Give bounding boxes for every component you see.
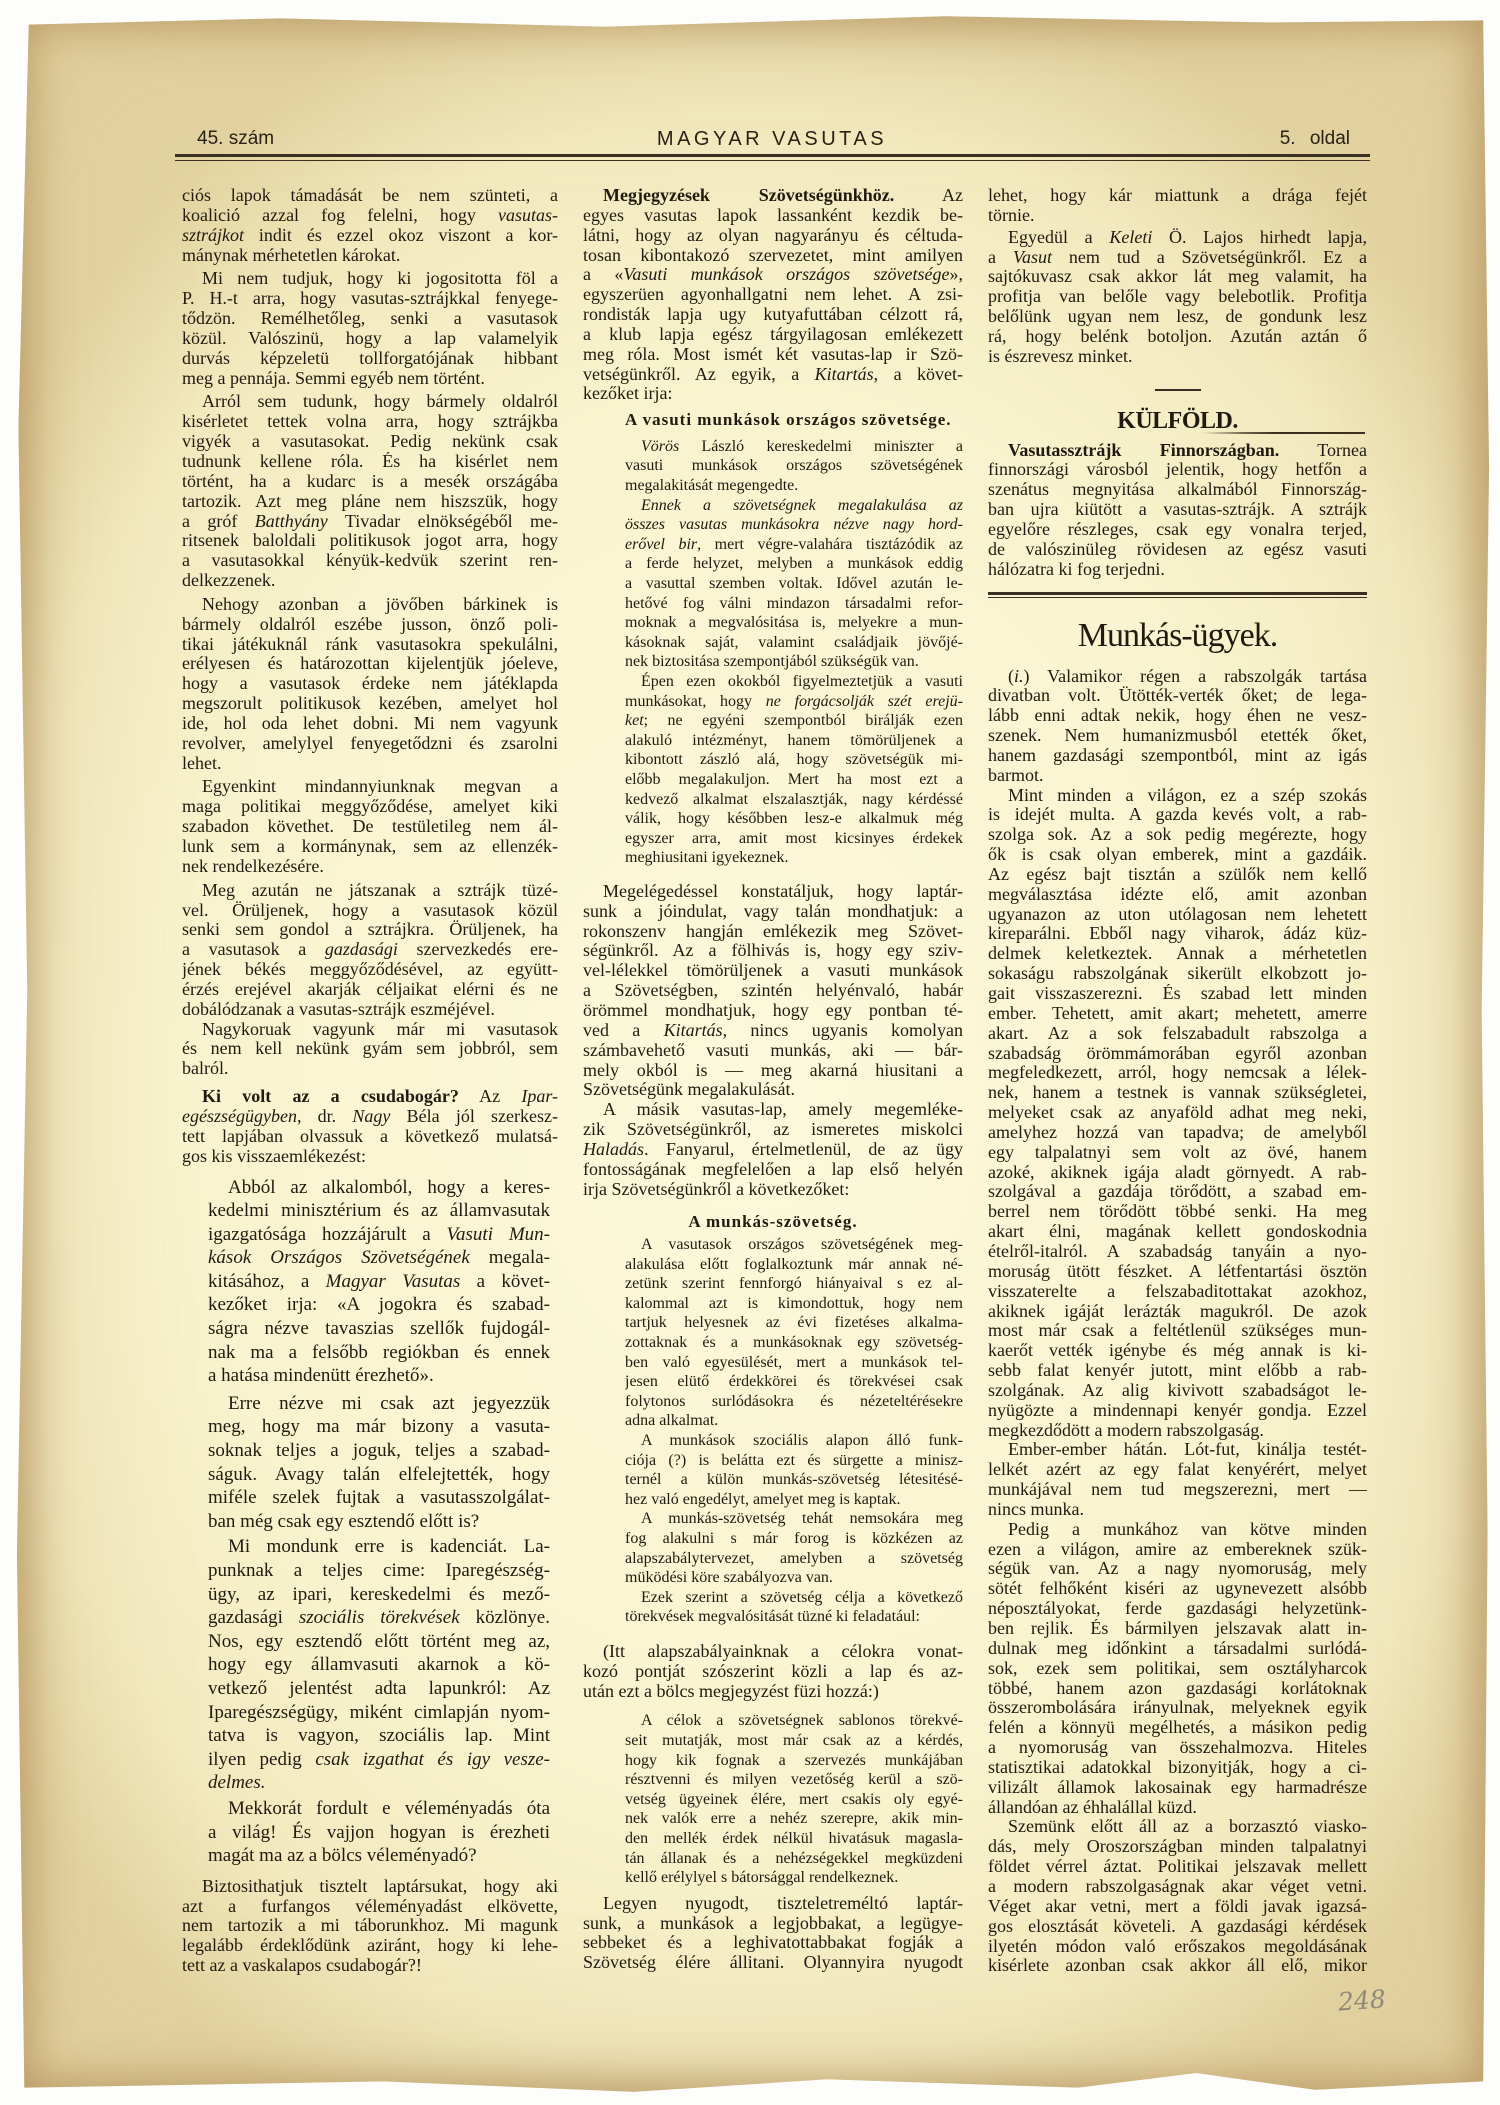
text-line: adna alkalmat. <box>625 1411 963 1431</box>
text-line: ritsenek baloldali politikusok jogot arr… <box>182 531 558 551</box>
text-line: kaerőt vették igénybe és még annak is ki… <box>988 1341 1367 1361</box>
text-line: a vasutasok a gazdasági szervezkedés ere… <box>182 940 558 960</box>
text-line: ők is csak olyan emberek, mint a gazdáik… <box>988 845 1367 865</box>
text-line: lehet. <box>182 754 558 774</box>
text-line: Ki volt az a csudabogár? Az Ipar- <box>182 1087 558 1107</box>
text-line: ket; ne egyéni szempontból birálják ezen <box>625 711 963 731</box>
text-line: most már csak a feltétlenül szükséges mu… <box>988 1321 1367 1341</box>
italic-run: Vörös <box>641 438 679 455</box>
text-line: barmot. <box>988 766 1367 786</box>
article-paragraph: Nehogy azonban a jövőben bárkinek isbárm… <box>182 595 558 774</box>
text-run: a követ- <box>460 1271 550 1292</box>
page-number: 5. oldal <box>1280 127 1350 151</box>
text-line: gazdasági szociális törekvések közlönye. <box>208 1606 550 1630</box>
text-line: sebbeket és a leghivatottabbakat fogják … <box>583 1933 963 1953</box>
text-line: Arról sem tudunk, hogy bármely oldalról <box>182 392 558 412</box>
article-paragraph: Megjegyzések Szövetségünkhöz. Azegyes va… <box>583 186 963 404</box>
bold-lead-in: Ki volt az a csudabogár? <box>202 1087 459 1106</box>
italic-run: Ipar- <box>521 1087 558 1106</box>
text-line: a gróf Batthyány Tivadar elnökségéből me… <box>182 512 558 532</box>
text-line: tosan kibontakozó szervezetet, mint amil… <box>583 246 963 266</box>
text-line: egy talpalatnyi sem volt az övé, hanem <box>988 1143 1367 1163</box>
text-line: moknak a megvalósitása is, melyekre a mu… <box>625 613 963 633</box>
text-line: jesen elütő érdekkörei és törekvései csa… <box>625 1372 963 1392</box>
text-line: kellő erélylyel s bátorsággal rendelkezn… <box>625 1868 963 1888</box>
text-run: Tornea <box>1279 441 1367 460</box>
text-line: vasuti munkások országos szövetségének <box>625 456 963 476</box>
quoted-excerpt-paragraph: Ezek szerint a szövetség célja a követke… <box>583 1588 963 1627</box>
text-run: ; ne egyéni szempontból birálják ezen <box>644 712 963 729</box>
column-right: lehet, hogy kár miattunk a drága fejéttö… <box>988 186 1367 1976</box>
text-line: meg a pennája. Semmi egyéb nem történt. <box>182 369 558 389</box>
text-run: Egyedül a <box>1008 228 1109 247</box>
text-run: », <box>950 265 964 284</box>
text-line: delmek keletkeztek. Annak a mérhetetlen <box>988 944 1367 964</box>
text-line: ilyen pedig csak izgathat és igy vesze- <box>208 1748 550 1772</box>
text-line: ügy, az ipari, kereskedelmi és mező- <box>208 1583 550 1607</box>
text-line: seit mutatják, most már csak az a kérdés… <box>625 1731 963 1751</box>
text-line: nem tartozik a mi táborunkhoz. Mi magunk <box>182 1916 558 1936</box>
text-line: Egyenkint mindannyiunknak megvan a <box>182 777 558 797</box>
italic-run: Batthyány <box>255 512 328 531</box>
text-line: egyes vasutas lapok lassanként kezdik be… <box>583 206 963 226</box>
text-line: alakuló intézményt, hanem tömörüljenek a <box>625 731 963 751</box>
article-paragraph: Ki volt az a csudabogár? Az Ipar-egészsé… <box>182 1087 558 1166</box>
text-line: balról. <box>182 1059 558 1079</box>
text-line: tett az a vaskalapos csudabogár?! <box>182 1956 558 1976</box>
block-quote-paragraph: Mekkorát fordult e véleményadás ótaa vil… <box>182 1797 558 1868</box>
text-line: lelkét azért az egy falat kenyérért, mel… <box>988 1460 1367 1480</box>
text-line: miféle szelek fujtak a vasutasszolgálat- <box>208 1486 550 1510</box>
text-line: ciója (?) is belátta ezt és sürgette a m… <box>625 1451 963 1471</box>
text-line: visszaterelte a felszabaditottakat azokh… <box>988 1282 1367 1302</box>
text-line: a világ! És vajjon hogyan is érezheti <box>208 1821 550 1845</box>
text-line: P. H.-t arra, hogy vasutas-sztrájkkal fe… <box>182 289 558 309</box>
text-line: erővel bir, mert végre-valahára tisztázó… <box>625 535 963 555</box>
article-paragraph: (Itt alapszabályainknak a célokra vonat-… <box>583 1642 963 1702</box>
text-run: , mert végre-valahára tisztázódik az <box>697 536 963 553</box>
italic-run: Ennek a szövetségnek megalakulása az <box>641 497 963 514</box>
text-line: szenátus megnyitása alkalmából Finnorszá… <box>988 480 1367 500</box>
text-line: mánynak mérhetetlen károkat. <box>182 246 558 266</box>
article-paragraph: ciós lapok támadását be nem szünteti, ak… <box>182 186 558 265</box>
article-paragraph: Megelégedéssel konstatáljuk, hogy laptár… <box>583 882 963 1100</box>
text-line: müködési köre szabályozva van. <box>625 1568 963 1588</box>
text-line: dobálódzanak a vasutas-sztrájk eszméjéve… <box>182 1000 558 1020</box>
text-line: nek valók erre a nehéz szerepre, akik mi… <box>625 1809 963 1829</box>
text-run: a gróf <box>182 512 255 531</box>
text-line: delmes. <box>208 1771 550 1795</box>
text-line: nyügözte a mindennapi kenyér gondja. Ezz… <box>988 1401 1367 1421</box>
text-line: hogy a vasutasok érdeke nem játéklapda <box>182 674 558 694</box>
article-paragraph: Arról sem tudunk, hogy bármely oldalrólk… <box>182 392 558 590</box>
text-line: meg, hogy ma már bizony a vasuta- <box>208 1415 550 1439</box>
text-line: belőlünk ugyan nem lesz, de gondunk lesz <box>988 307 1367 327</box>
text-line: munkásokat, hogy ne forgácsolják szét er… <box>625 692 963 712</box>
article-paragraph: Vasutassztrájk Finnországban. Torneafinn… <box>988 441 1367 580</box>
italic-run: Vasut <box>1013 248 1052 267</box>
text-line: a modern rabszolgaságnak akar véget vetn… <box>988 1877 1367 1897</box>
text-run: ilyen pedig <box>208 1749 315 1770</box>
text-run: , nincs ugyanis komolyan <box>723 1021 963 1040</box>
text-line: lább enni adtak nekik, hogy éhen ne vesz… <box>988 706 1367 726</box>
article-paragraph: A másik vasutas-lap, amely megemléke-zik… <box>583 1100 963 1199</box>
article-paragraph: Pedig a munkához van kötve mindenezen a … <box>988 1520 1367 1818</box>
text-line: hálózatra ki fog terjedni. <box>988 560 1367 580</box>
text-line: punknak a teljes cime: Iparegészség- <box>208 1559 550 1583</box>
text-line: kireparálni. Ebből nagy viharok, ádáz kü… <box>988 924 1367 944</box>
text-line: A vasutasok országos szövetségének meg- <box>625 1235 963 1255</box>
text-line: összerombolására irányulnak, melyeknek e… <box>988 1698 1367 1718</box>
excerpt-heading: A vasuti munkások országos szövetsége. <box>583 410 963 430</box>
text-line: zik Szövetségünkről, az ismeretes miskol… <box>583 1120 963 1140</box>
text-line: Megjegyzések Szövetségünkhöz. Az <box>583 186 963 206</box>
text-line: nincs munka. <box>988 1500 1367 1520</box>
text-line: tartjuk helyesnek az évi fizetéses alkal… <box>625 1313 963 1333</box>
text-line: sunk a jóindulat, vagy talán mondhatjuk:… <box>583 902 963 922</box>
text-line: Ember-ember hátán. Lót-fut, kinálja test… <box>988 1440 1367 1460</box>
text-line: Ezek szerint a szövetség célja a követke… <box>625 1588 963 1608</box>
italic-run: Keleti <box>1109 228 1152 247</box>
text-line: Szemünk előtt áll az a borzasztó viasko- <box>988 1817 1367 1837</box>
bold-lead-in: Megjegyzések Szövetségünkhöz. <box>603 186 894 205</box>
text-line: ben rejlik. És bármilyen jelszavak alatt… <box>988 1619 1367 1639</box>
text-line: Legyen nyugodt, tiszteletreméltó laptár- <box>583 1894 963 1914</box>
article-paragraph: Nagykoruak vagyunk már mi vasutasokés ne… <box>182 1020 558 1080</box>
text-run: nem tud a Szövetségünkről. Ez a <box>1052 248 1367 267</box>
text-line: tudnunk kellene róla. És ha kisérlet nem <box>182 452 558 472</box>
text-line: örömmel mondhatjuk, hogy egy pontban té- <box>583 1001 963 1021</box>
italic-run: szociális törekvések <box>299 1607 460 1628</box>
italic-run: kások Országos Szövetségének <box>208 1247 470 1268</box>
italic-run: vasutas- <box>498 206 558 225</box>
text-line: Haladás. Fanyarul, értelmetlenül, de az … <box>583 1140 963 1160</box>
text-line: sztrájkot indit és ezzel okoz viszont a … <box>182 226 558 246</box>
text-line: den mellék érdek nélkül hivatásuk magasl… <box>625 1829 963 1849</box>
text-line: Vasutassztrájk Finnországban. Tornea <box>988 441 1367 461</box>
text-line: magát ma az a bölcs véleményadó? <box>208 1844 550 1868</box>
article-paragraph: Biztosithatjuk tisztelt laptársukat, hog… <box>182 1877 558 1976</box>
bold-lead-in: Vasutassztrájk Finnországban. <box>1008 441 1279 460</box>
text-run: a vasutasok a <box>182 940 325 959</box>
text-line: ternél a külön munkás-szövetség létesité… <box>625 1470 963 1490</box>
text-line: nek rendelkezésére. <box>182 857 558 877</box>
article-paragraph: Legyen nyugodt, tiszteletreméltó laptár-… <box>583 1894 963 1973</box>
italic-run: egészségügyben <box>182 1107 297 1126</box>
quoted-excerpt-paragraph: Ennek a szövetségnek megalakulása azössz… <box>583 496 963 672</box>
text-line: legalább érdeklődünk aziránt, hogy ki le… <box>182 1936 558 1956</box>
text-line: gos elosztását követeli. A gazdasági kér… <box>988 1917 1367 1937</box>
text-line: kedelmi minisztérium és az államvasutak <box>208 1199 550 1223</box>
text-run: László kereskedelmi miniszter a <box>679 438 963 455</box>
text-line: tán állanak és a nehézségekkel megküzden… <box>625 1849 963 1869</box>
text-line: tartozik. Azt meg pláne nem hiszszük, ho… <box>182 492 558 512</box>
text-line: rondisták lapja ugy kutyafuttában célzot… <box>583 305 963 325</box>
text-line: delkezzenek. <box>182 571 558 591</box>
text-run: ved a <box>583 1021 664 1040</box>
text-line: ciós lapok támadását be nem szünteti, a <box>182 186 558 206</box>
italic-run: sztrájkot <box>182 226 244 245</box>
text-line: is észrevesz minket. <box>988 347 1367 367</box>
text-line: Biztosithatjuk tisztelt laptársukat, hog… <box>182 1877 558 1897</box>
text-run: munkásokat, hogy <box>625 693 766 710</box>
text-line: hanem gazdasági szempontból, mint az igá… <box>988 746 1367 766</box>
text-run: gazdasági <box>208 1607 299 1628</box>
text-line: közül. Valószinü, hogy a lap valamelyik <box>182 329 558 349</box>
text-line: finnországi városból jelentik, hogy hetf… <box>988 460 1367 480</box>
text-line: tikai játékuknál ránk vasutasokra spekul… <box>182 635 558 655</box>
text-line: többé, hanem azon gazdasági korlátoknak <box>988 1679 1367 1699</box>
text-line: ban még csak egy esztendő előtt is? <box>208 1510 550 1534</box>
text-line: kedvező alkalmat elszalasztják, nagy kér… <box>625 790 963 810</box>
text-line: Szövetségünk megalakulását. <box>583 1080 963 1100</box>
text-line: kezőket irja: «A jogokra és szabad- <box>208 1293 550 1317</box>
text-line: előbb megalakuljon. Mert ha most ezt a <box>625 770 963 790</box>
text-line: látni, hogy az olyan nagyarányu és céltu… <box>583 226 963 246</box>
text-line: Ennek a szövetségnek megalakulása az <box>625 496 963 516</box>
text-line: meg róla. Most ismét két vasutas-lap ir … <box>583 345 963 365</box>
text-line: lunk sem a kormánynak, sem az ellenzék- <box>182 837 558 857</box>
text-line: megalakitását megengedte. <box>625 476 963 496</box>
text-line: durvás képzeletü tollforgatójának hibban… <box>182 349 558 369</box>
text-line: ságra nézve tavaszias szellők fujdogál- <box>208 1317 550 1341</box>
text-line: és nem kell nekünk gyám sem jobbról, sem <box>182 1039 558 1059</box>
text-line: hogy kik fognak a szervezés munkájában <box>625 1751 963 1771</box>
text-line: kisérletet tettek volna arra, hogy sztrá… <box>182 412 558 432</box>
text-line: Mekkorát fordult e véleményadás óta <box>208 1797 550 1821</box>
italic-run: Magyar Vasutas <box>326 1271 461 1292</box>
italic-run: i. <box>1014 667 1024 686</box>
article-paragraph: lehet, hogy kár miattunk a drága fejéttö… <box>988 186 1367 226</box>
text-run: , dr. <box>297 1107 352 1126</box>
quoted-excerpt-paragraph: A munkások szociális alapon álló funk-ci… <box>583 1431 963 1509</box>
text-line: történt, ha a kudarc is a mesék országáb… <box>182 472 558 492</box>
text-line: egyszerüen agyonhallgatni nem lehet. A z… <box>583 285 963 305</box>
text-line: a Vasut nem tud a Szövetségünkről. Ez a <box>988 248 1367 268</box>
article-paragraph: Egyedül a Keleti Ö. Lajos hirhedt lapja,… <box>988 228 1367 367</box>
text-line: ételről-italról. A szabadság tanyáin a n… <box>988 1242 1367 1262</box>
text-line: Mi mondunk erre is kadenciát. La- <box>208 1535 550 1559</box>
text-run: indit és ezzel okoz viszont a kor- <box>244 226 558 245</box>
text-line: szolgával a gazdája törődött, a szabad e… <box>988 1182 1367 1202</box>
text-line: érzés erejével akarják céljaikat elérni … <box>182 980 558 1000</box>
italic-run: ket <box>625 712 644 729</box>
text-line: azt a furfangos véleményadást elkövette, <box>182 1897 558 1917</box>
section-divider <box>1155 389 1201 391</box>
text-line: sebb falat kenyér jutott, mint előbb a r… <box>988 1361 1367 1381</box>
text-line: tett lapjában olvassuk a következő mulat… <box>182 1127 558 1147</box>
handwritten-page-number: 248 <box>1337 1984 1387 2016</box>
text-line: egészségügyben, dr. Nagy Béla jól szerke… <box>182 1107 558 1127</box>
text-line: a nyomoruság van összehalmozva. Hiteles <box>988 1738 1367 1758</box>
text-line: Vörös László kereskedelmi miniszter a <box>625 437 963 457</box>
text-line: után ezt a bölcs megjegyzést füzi hozzá:… <box>583 1682 963 1702</box>
text-line: lehet, hogy kár miattunk a drága fejét <box>988 186 1367 206</box>
text-line: melyeket csak az anyaföld adhat meg neki… <box>988 1103 1367 1123</box>
text-line: is idejét multa. A gazda kevés volt, a r… <box>988 805 1367 825</box>
text-line: Iparegészségügy, miként cimlapján nyom- <box>208 1701 550 1725</box>
text-line: kozó pontját szószerint közli a lap és a… <box>583 1662 963 1682</box>
text-line: Erre nézve mi csak azt jegyezzük <box>208 1392 550 1416</box>
text-line: irja Szövetségünkről a következőket: <box>583 1180 963 1200</box>
text-line: a vasutasokkal kényük-kedvük szerint ren… <box>182 551 558 571</box>
text-line: revolver, amelylyel fenyegetődzni és zsa… <box>182 734 558 754</box>
text-run: szervezkedés ere- <box>398 940 558 959</box>
text-line: megkezdődött a modern rabszolgaság. <box>988 1421 1367 1441</box>
text-line: nek biztositása szempontjából szükségük … <box>625 652 963 672</box>
text-line: ved a Kitartás, nincs ugyanis komolyan <box>583 1021 963 1041</box>
text-line: ségünkről. Az a fölhivás is, hogy egy sz… <box>583 941 963 961</box>
italic-run: Vasuti munkások országos szövetsége <box>623 265 949 284</box>
text-line: szenek. Nem humanizmusból etették őket, <box>988 726 1367 746</box>
text-line: vetségünkről. Az egyik, a Kitartás, a kö… <box>583 365 963 385</box>
text-run: Az <box>894 186 963 205</box>
column-middle: Megjegyzések Szövetségünkhöz. Azegyes va… <box>583 186 963 1973</box>
text-line: tatva is vagyon, szociális lap. Mint <box>208 1724 550 1748</box>
text-line: bármely oldalról eszébe jusson, önző pol… <box>182 615 558 635</box>
text-line: profitja van belőle vagy belebotlik. Pro… <box>988 287 1367 307</box>
article-paragraph: Mint minden a világon, ez a szép szokási… <box>988 786 1367 1441</box>
text-line: egyszer arra, amit most kicsinyes érdeke… <box>625 829 963 849</box>
text-run: , a követ- <box>874 365 963 384</box>
text-line: kibontott zászló alá, hogy szövetségük m… <box>625 750 963 770</box>
text-line: (i.) Valamikor régen a rabszolgák tartás… <box>988 667 1367 687</box>
text-line: összes vasutas munkásokra nézve nagy hor… <box>625 515 963 535</box>
text-line: a hatása mindenütt érezhető». <box>208 1364 550 1388</box>
text-line: Épen ezen okokból figyelmeztetjük a vasu… <box>625 672 963 692</box>
italic-run: Nagy <box>352 1107 390 1126</box>
text-run: koalició azzal fog felelni, hogy <box>182 206 498 225</box>
text-line: ságuk. Avagy talán elfelejtették, hogy <box>208 1463 550 1487</box>
text-line: zottaknak és a munkásoknak egy szövetség… <box>625 1333 963 1353</box>
text-line: Pedig a munkához van kötve minden <box>988 1520 1367 1540</box>
text-line: sok, ezek sem politikai, sem osztályharc… <box>988 1659 1367 1679</box>
text-line: vigyék a vasutasokat. Pedig nekünk csak <box>182 432 558 452</box>
text-line: igazgatósága hozzájárult a Vasuti Mun- <box>208 1223 550 1247</box>
text-line: statisztikai adatokkal bizonyitják, hogy… <box>988 1758 1367 1778</box>
text-line: folytonos surlódásokra és nézeteltérések… <box>625 1392 963 1412</box>
publication-title: MAGYAR VASUTAS <box>640 127 904 151</box>
text-line: megválasztása idézte elő, amit azonban <box>988 885 1367 905</box>
column-left: ciós lapok támadását be nem szünteti, ak… <box>182 186 558 1976</box>
text-line: hogy egy államvasuti akarnok a kö- <box>208 1653 550 1677</box>
excerpt-heading: A munkás-szövetség. <box>583 1212 963 1232</box>
text-line: zetünk szerint fennforgó hiányaival s ez… <box>625 1274 963 1294</box>
text-line: fontosságának megfelelően a lap első hel… <box>583 1160 963 1180</box>
text-line: nek, hanem a testnek is vannak szükségle… <box>988 1083 1367 1103</box>
text-line: koalició azzal fog felelni, hogy vasutas… <box>182 206 558 226</box>
text-line: azoké, akiknek igája aladt görnyedt. A r… <box>988 1163 1367 1183</box>
text-line: sajtókuvasz csak akkor lát meg valamit, … <box>988 267 1367 287</box>
quoted-excerpt-paragraph: A munkás-szövetség tehát nemsokára megfo… <box>583 1509 963 1587</box>
text-line: munkájával nem tud megszerezni, mert — <box>988 1480 1367 1500</box>
text-line: amelyhez hozzá van tapadva; de amelyből <box>988 1123 1367 1143</box>
italic-run: összes vasutas munkásokra nézve nagy hor… <box>625 516 963 533</box>
block-quote-paragraph: Erre nézve mi csak azt jegyezzükmeg, hog… <box>182 1392 558 1534</box>
text-run: . Fanyarul, értelmetlenül, de az ügy <box>644 1140 963 1159</box>
text-line: ban ujra kiütött a vasutas-sztrájk. A sz… <box>988 500 1367 520</box>
text-line: vetség ügyeinek élére, mert csakis oly e… <box>625 1790 963 1810</box>
text-line: szabadság örömmámorában egyről azonban <box>988 1044 1367 1064</box>
text-line: meghiusitani igyekeznek. <box>625 848 963 868</box>
text-line: kásoknak saját, valamint családjaik jövő… <box>625 633 963 653</box>
text-line: rá, hogy belénk botoljon. Azután aztán ő <box>988 327 1367 347</box>
text-line: fog alakulni s már forog is közkézen az <box>625 1529 963 1549</box>
issue-number: 45. szám <box>197 127 274 151</box>
text-line: soknak teljes a joguk, teljes a szabad- <box>208 1439 550 1463</box>
text-run: igazgatósága hozzájárult a <box>208 1224 447 1245</box>
text-line: (Itt alapszabályainknak a célokra vonat- <box>583 1642 963 1662</box>
text-run: kitásához, a <box>208 1271 326 1292</box>
text-line: szolga sok. Az a sok pedig megérezte, ho… <box>988 825 1367 845</box>
text-line: a «Vasuti munkások országos szövetsége», <box>583 265 963 285</box>
text-line: Egyedül a Keleti Ö. Lajos hirhedt lapja, <box>988 228 1367 248</box>
text-line: Meg azután ne játszanak a sztrájk tüzé- <box>182 881 558 901</box>
text-line: Nos, egy esztendő előtt történt meg az, <box>208 1630 550 1654</box>
text-line: akiknek igáját lerázták magukról. De azo… <box>988 1302 1367 1322</box>
text-line: felén a könnyü megélhetés, a másikon ped… <box>988 1718 1367 1738</box>
text-line: A munkás-szövetség tehát nemsokára meg <box>625 1509 963 1529</box>
text-line: a klub lapja egész tárgyilagosan emlékez… <box>583 325 963 345</box>
italic-run: Haladás <box>583 1140 644 1159</box>
text-line: vetkező jelentést adta lapunkról: Az <box>208 1677 550 1701</box>
text-line: nak ma a felsőbb regiókban és ennek <box>208 1341 550 1365</box>
text-line: egyelőre részleges, csak egy vonalra ter… <box>988 520 1367 540</box>
text-line: ben való egyesülését, mert a munkások te… <box>625 1353 963 1373</box>
article-paragraph: (i.) Valamikor régen a rabszolgák tartás… <box>988 667 1367 786</box>
double-rule-divider <box>988 592 1367 598</box>
text-line: kitásához, a Magyar Vasutas a követ- <box>208 1270 550 1294</box>
text-run: közlönye. <box>460 1607 550 1628</box>
text-line: dulnak meg időnkint a társadalmi surlódá… <box>988 1639 1367 1659</box>
text-line: akart élni, magának kellett gondoskodnia <box>988 1222 1367 1242</box>
quoted-excerpt-paragraph: Épen ezen okokból figyelmeztetjük a vasu… <box>583 672 963 868</box>
italic-run: gazdasági <box>325 940 398 959</box>
text-run: megala- <box>470 1247 550 1268</box>
text-line: megszorult politikusok kezében, amelyet … <box>182 694 558 714</box>
italic-run: Vasuti Mun- <box>447 1224 550 1245</box>
text-line: kezőket irja: <box>583 384 963 404</box>
text-line: Mint minden a világon, ez a szép szokás <box>988 786 1367 806</box>
text-line: erélyesen és határozottan kijelentjük jó… <box>182 654 558 674</box>
text-line: A másik vasutas-lap, amely megemléke- <box>583 1100 963 1120</box>
text-line: a Szövetségben, szintén helyénvaló, habá… <box>583 981 963 1001</box>
text-run: Béla jól szerkesz- <box>390 1107 558 1126</box>
text-line: A munkások szociális alapon álló funk- <box>625 1431 963 1451</box>
text-line: alakulása előtt foglalkoztunk már annak … <box>625 1255 963 1275</box>
quoted-excerpt-paragraph: Vörös László kereskedelmi miniszter avas… <box>583 437 963 496</box>
text-line: kalommal azt is kimondottuk, hogy nem <box>625 1294 963 1314</box>
text-line: kisérlete azonban csak akkor áll elő, mi… <box>988 1956 1367 1976</box>
text-line: a ferde helyzet, melyben a munkások eddi… <box>625 554 963 574</box>
text-line: gos kis visszaemlékezést: <box>182 1147 558 1167</box>
text-line: hez való engedélyt, amelyet meg is kapta… <box>625 1490 963 1510</box>
text-line: Véget akar vetni, mert a földi javak iga… <box>988 1897 1367 1917</box>
italic-run: erővel bir <box>625 536 697 553</box>
text-line: berrel nem törődött többé senki. Ha meg <box>988 1202 1367 1222</box>
block-quote-paragraph: Mi mondunk erre is kadenciát. La-punknak… <box>182 1535 558 1795</box>
text-line: vel-lélekkel tömörüljenek a vasuti munká… <box>583 961 963 981</box>
text-run: Tivadar elnökségéből me- <box>328 512 558 531</box>
text-run: ) Valamikor régen a rabszolgák tartása <box>1024 667 1367 686</box>
text-run: a « <box>583 265 623 284</box>
text-line: ugyanazon az uton utólagosan nem lehetet… <box>988 905 1367 925</box>
text-line: sötét felhőként kiséri az ugynevezett al… <box>988 1579 1367 1599</box>
text-line: számbavehető vasuti munkás, aki — bár- <box>583 1041 963 1061</box>
text-line: néposztályokat, ferde gazdasági helyzetü… <box>988 1599 1367 1619</box>
text-line: tődzön. Remélhetőleg, senki a vasutasok <box>182 309 558 329</box>
text-line: Az egész bajt tisztán a szülők nem kellő <box>988 865 1367 885</box>
